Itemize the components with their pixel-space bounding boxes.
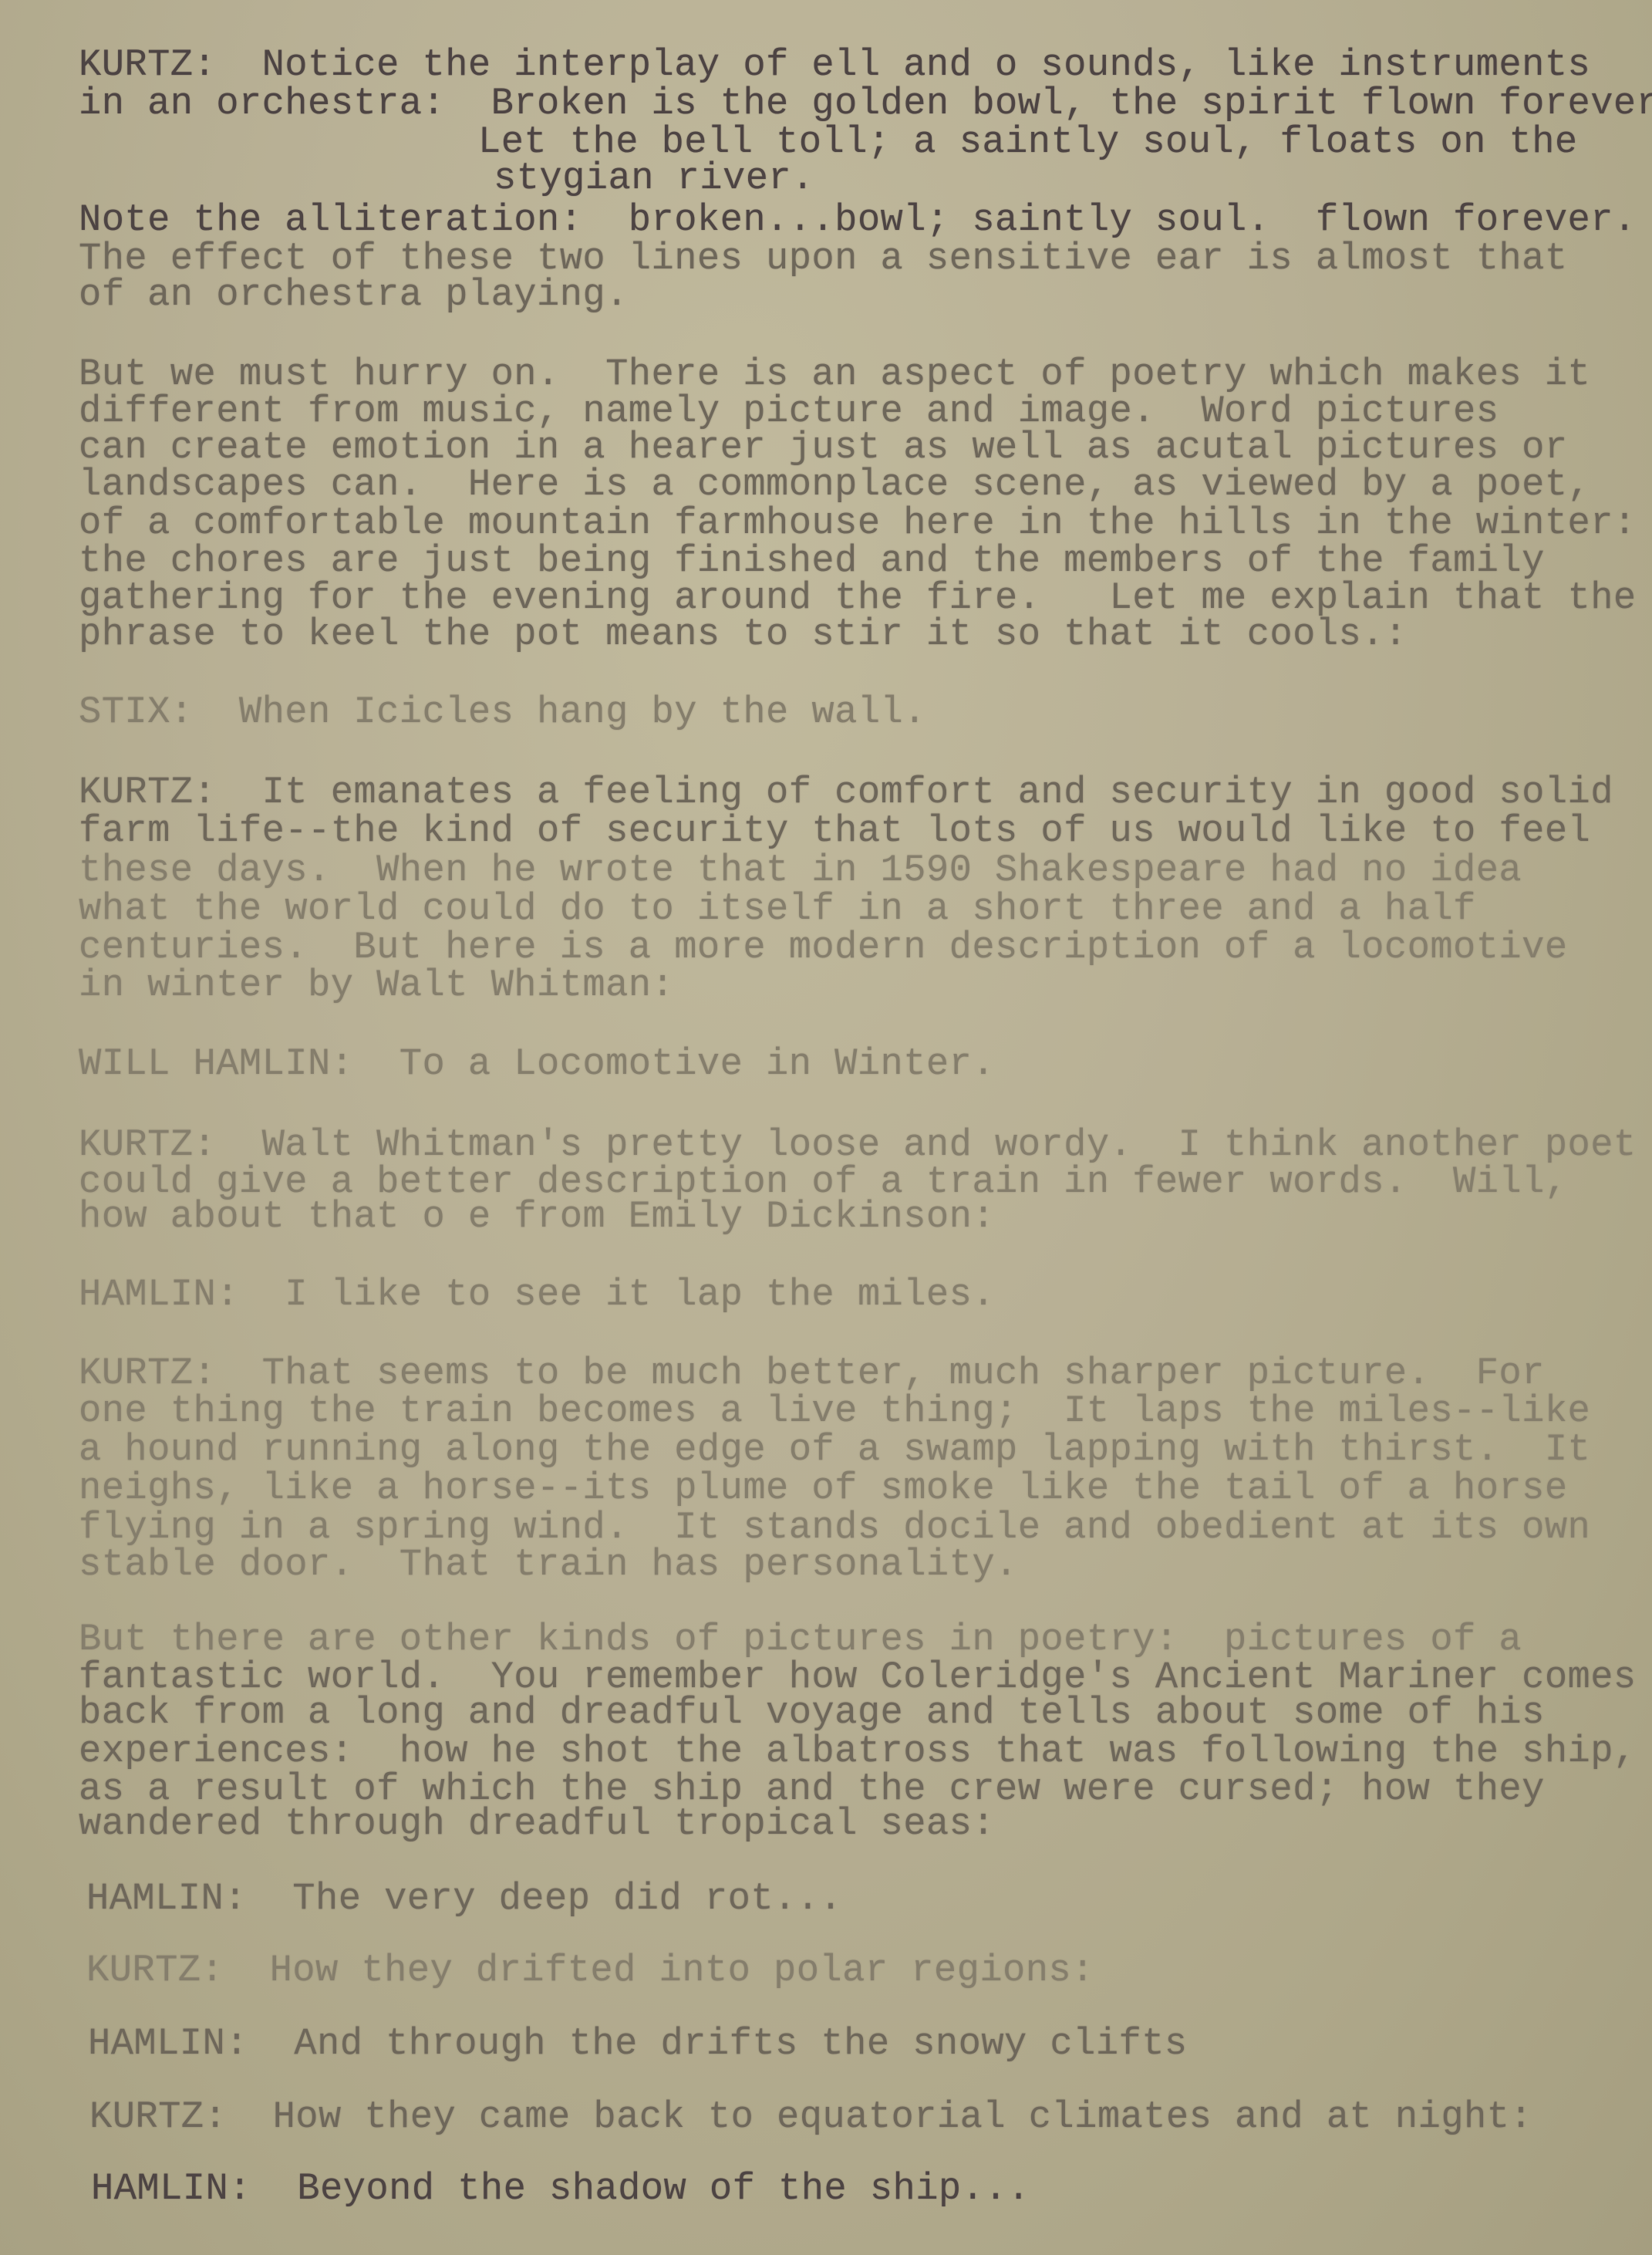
script-line: gathering for the evening around the fir… bbox=[79, 579, 1637, 617]
script-line-stix-speech: STIX: When Icicles hang by the wall. bbox=[79, 694, 926, 731]
script-line: stable door. That train has personality. bbox=[79, 1546, 1018, 1584]
script-line-verse: Let the bell toll; a saintly soul, float… bbox=[478, 123, 1578, 161]
script-line: farm life--the kind of security that lot… bbox=[79, 812, 1590, 850]
script-line-kurtz-speech: KURTZ: How they came back to equatorial … bbox=[89, 2098, 1532, 2136]
script-line-hamlin-speech: HAMLIN: The very deep did rot... bbox=[86, 1880, 842, 1918]
script-line: centuries. But here is a more modern des… bbox=[79, 929, 1568, 967]
script-line: how about that o e from Emily Dickinson: bbox=[79, 1198, 995, 1236]
script-line: of an orchestra playing. bbox=[79, 276, 629, 314]
script-line-verse-intro: in an orchestra: Broken is the golden bo… bbox=[79, 85, 1652, 123]
script-line: of a comfortable mountain farmhouse here… bbox=[79, 505, 1637, 542]
script-line: the chores are just being finished and t… bbox=[79, 542, 1545, 580]
script-line-kurtz-speech: KURTZ: How they drifted into polar regio… bbox=[86, 1952, 1094, 1990]
script-line: But we must hurry on. There is an aspect… bbox=[79, 356, 1590, 393]
script-line: in winter by Walt Whitman: bbox=[79, 967, 674, 1004]
script-line: back from a long and dreadful voyage and… bbox=[79, 1694, 1545, 1732]
script-line-kurtz-speech: KURTZ: It emanates a feeling of comfort … bbox=[79, 774, 1613, 812]
script-line: wandered through dreadful tropical seas: bbox=[79, 1805, 995, 1843]
script-line-hamlin-speech: HAMLIN: And through the drifts the snowy… bbox=[88, 2025, 1188, 2063]
script-line: experiences: how he shot the albatross t… bbox=[79, 1733, 1637, 1771]
script-line-hamlin-speech: WILL HAMLIN: To a Locomotive in Winter. bbox=[79, 1045, 995, 1083]
script-line: one thing the train becomes a live thing… bbox=[79, 1392, 1590, 1430]
script-line: The effect of these two lines upon a sen… bbox=[79, 240, 1568, 278]
script-line-verse: stygian river. bbox=[494, 160, 814, 197]
script-line: Note the alliteration: broken...bowl; sa… bbox=[79, 201, 1637, 239]
script-line-hamlin-speech: HAMLIN: I like to see it lap the miles. bbox=[79, 1276, 995, 1314]
script-line: a hound running along the edge of a swam… bbox=[79, 1431, 1590, 1469]
script-line: landscapes can. Here is a commonplace sc… bbox=[79, 466, 1590, 504]
script-line: different from music, namely picture and… bbox=[79, 393, 1499, 430]
script-line: phrase to keel the pot means to stir it … bbox=[79, 616, 1408, 653]
script-line: these days. When he wrote that in 1590 S… bbox=[79, 852, 1522, 890]
script-line: can create emotion in a hearer just as w… bbox=[79, 429, 1568, 467]
script-line-kurtz-speech: KURTZ: Notice the interplay of ell and o… bbox=[79, 46, 1590, 84]
script-line-kurtz-speech: KURTZ: That seems to be much better, muc… bbox=[79, 1355, 1545, 1392]
typewritten-page: KURTZ: Notice the interplay of ell and o… bbox=[0, 0, 1652, 2255]
script-line: flying in a spring wind. It stands docil… bbox=[79, 1509, 1590, 1547]
script-line-kurtz-speech: KURTZ: Walt Whitman's pretty loose and w… bbox=[79, 1126, 1637, 1164]
script-line: what the world could do to itself in a s… bbox=[79, 890, 1476, 928]
script-line: neighs, like a horse--its plume of smoke… bbox=[79, 1470, 1568, 1507]
script-line-hamlin-speech: HAMLIN: Beyond the shadow of the ship... bbox=[91, 2170, 1030, 2208]
script-line: But there are other kinds of pictures in… bbox=[79, 1621, 1522, 1659]
